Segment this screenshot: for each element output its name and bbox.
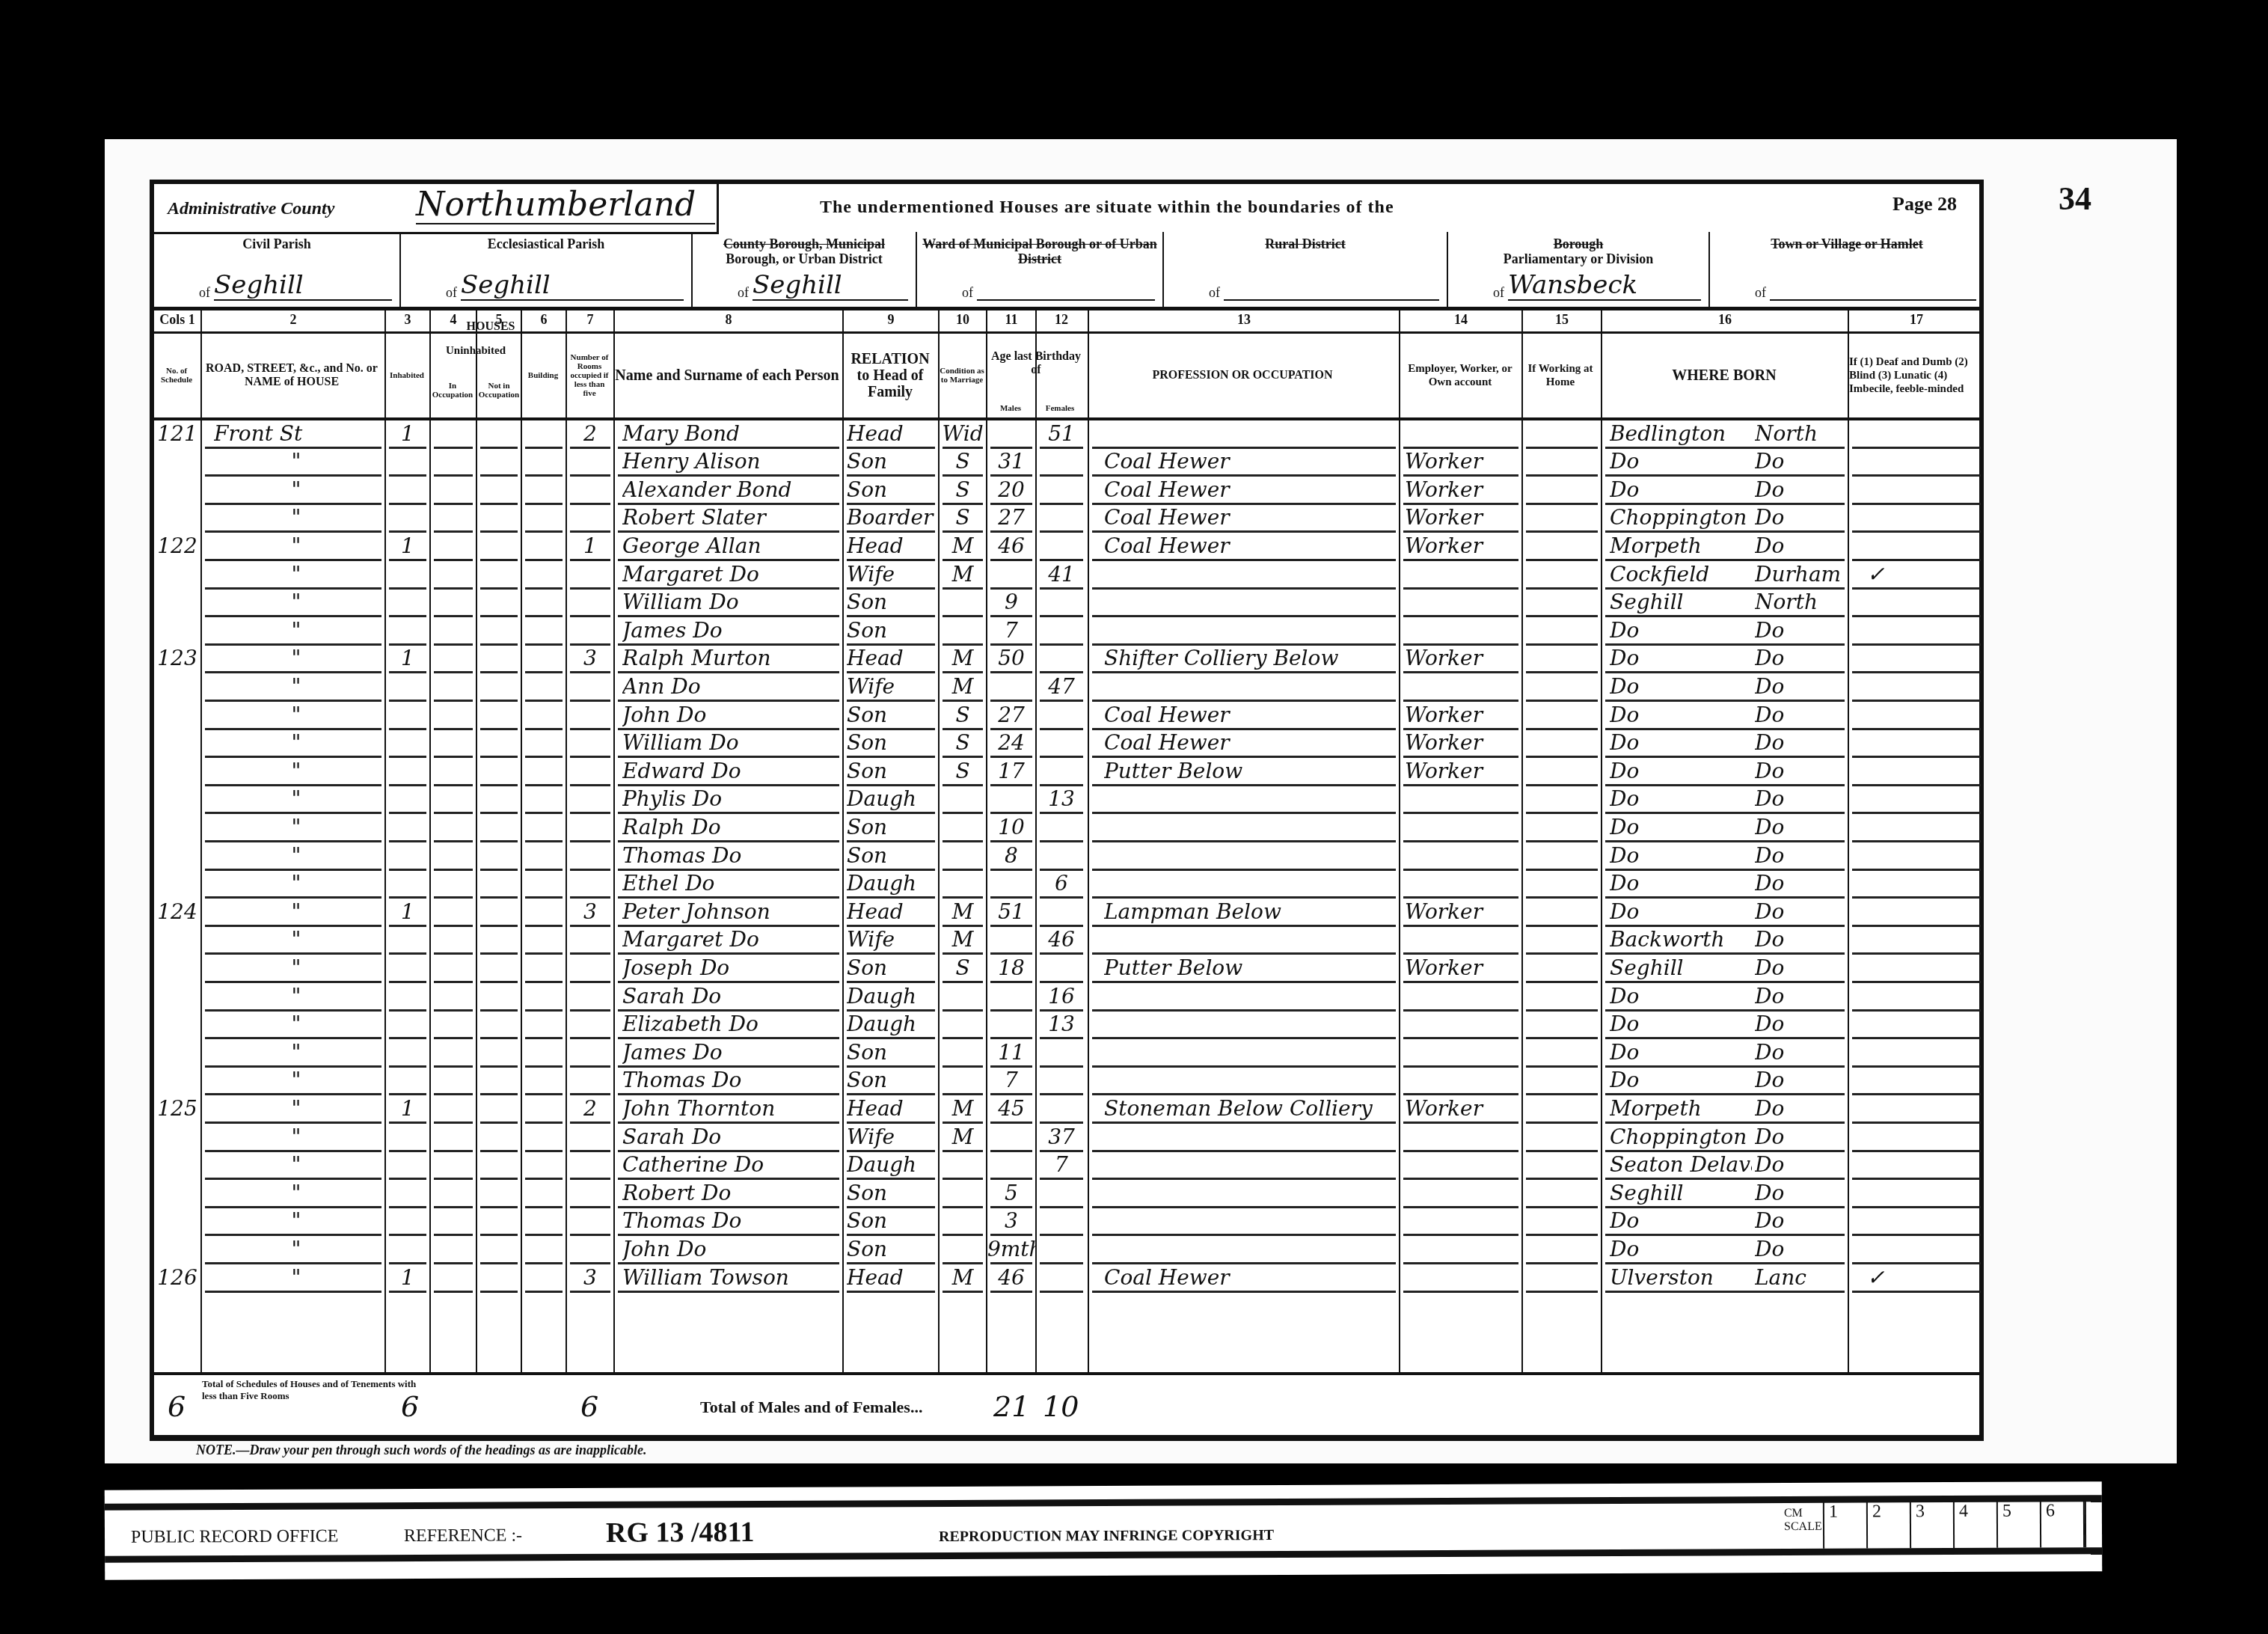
cm-scale: CM SCALE 123456	[1784, 1501, 2086, 1549]
table-row: "Thomas DoSon8DoDo	[154, 842, 1979, 871]
table-row: 125"12John ThorntonHeadM45Stoneman Below…	[154, 1095, 1979, 1124]
total-inhabited: 6	[401, 1390, 419, 1423]
column-number: 15	[1523, 312, 1601, 328]
cell-infirmity: ✓	[1867, 1266, 1957, 1290]
cell-relation: Son	[847, 1068, 937, 1092]
cell-male-age: 7	[987, 619, 1035, 643]
district-label-text: Civil Parish	[242, 236, 311, 251]
cell-male-age: 20	[987, 478, 1035, 502]
column-divider	[1035, 310, 1037, 1372]
cell-born-county: Do	[1755, 675, 1845, 699]
form-bottom-rule	[150, 1435, 1984, 1441]
column-divider	[1399, 310, 1400, 1372]
row-rule	[1040, 1291, 1083, 1293]
cell-condition: M	[941, 900, 984, 924]
cell-name: Catherine Do	[622, 1153, 839, 1177]
cell-name: William Do	[622, 590, 839, 614]
cell-name: Thomas Do	[622, 1209, 839, 1233]
cell-male-age: 17	[987, 759, 1035, 783]
cell-name: Mary Bond	[622, 422, 839, 446]
cell-born-county: Do	[1755, 534, 1845, 558]
cell-name: Phylis Do	[622, 787, 839, 811]
table-row: "William DoSonS24Coal HewerWorkerDoDo	[154, 730, 1979, 759]
cell-condition: Wid	[941, 422, 984, 446]
district-label-text: Ecclesiastical Parish	[488, 236, 604, 251]
cell-road: "	[214, 534, 378, 558]
district-label-text: Parliamentary or Division	[1504, 251, 1654, 266]
cell-relation: Son	[847, 956, 937, 980]
district-of: of	[446, 285, 457, 301]
cell-relation: Wife	[847, 1125, 937, 1149]
cell-employer: Worker	[1405, 1097, 1517, 1121]
table-row: "Thomas DoSon7DoDo	[154, 1068, 1979, 1096]
row-rule	[618, 1291, 839, 1293]
column-number: 12	[1037, 312, 1086, 328]
cell-name: Margaret Do	[622, 928, 839, 952]
cell-name: Elizabeth Do	[622, 1012, 839, 1036]
table-header: No. of Schedule ROAD, STREET, &c., and N…	[154, 334, 1979, 420]
table-row: 124"13Peter JohnsonHeadM51Lampman BelowW…	[154, 899, 1979, 927]
cell-male-age: 51	[987, 900, 1035, 924]
header-schedule: No. of Schedule	[154, 334, 199, 417]
cell-employer: Worker	[1405, 956, 1517, 980]
table-row: "Ethel DoDaugh6DoDo	[154, 871, 1979, 899]
cell-inhabited: 1	[386, 1266, 429, 1290]
page-stamp: 34	[2059, 180, 2091, 218]
cell-relation: Wife	[847, 675, 937, 699]
cell-occupation: Coal Hewer	[1104, 731, 1396, 755]
column-divider	[1601, 310, 1602, 1372]
cell-employer: Worker	[1405, 731, 1517, 755]
table-row: "Alexander BondSonS20Coal HewerWorkerDoD…	[154, 477, 1979, 505]
cell-name: Edward Do	[622, 759, 839, 783]
cell-road: "	[214, 900, 378, 924]
cm-scale-mark: 6	[2040, 1501, 2083, 1547]
cell-relation: Son	[847, 816, 937, 839]
column-divider	[1848, 310, 1849, 1372]
cell-name: George Allan	[622, 534, 839, 558]
cell-rooms: 3	[567, 646, 613, 670]
cell-born-county: Do	[1755, 703, 1845, 727]
footer-copyright: REPRODUCTION MAY INFRINGE COPYRIGHT	[939, 1527, 1274, 1546]
row-rule	[1403, 1291, 1518, 1293]
table-row: 123"13Ralph MurtonHeadM50Shifter Collier…	[154, 646, 1979, 674]
row-rule	[1092, 1291, 1396, 1293]
cell-condition: M	[941, 563, 984, 587]
cell-road: "	[214, 450, 378, 474]
cell-relation: Son	[847, 703, 937, 727]
cell-name: Robert Do	[622, 1181, 839, 1205]
cell-relation: Son	[847, 844, 937, 868]
cell-female-age: 41	[1037, 563, 1086, 587]
intro-text: The undermentioned Houses are situate wi…	[820, 198, 1394, 218]
cell-infirmity: ✓	[1867, 563, 1957, 587]
cell-occupation: Coal Hewer	[1104, 450, 1396, 474]
cell-schedule: 124	[154, 900, 200, 924]
column-number: 16	[1602, 312, 1848, 328]
cell-male-age: 31	[987, 450, 1035, 474]
header-employer: Employer, Worker, or Own account	[1400, 334, 1520, 417]
cell-name: Ralph Do	[622, 816, 839, 839]
district-struck-label: Town or Village or Hamlet	[1771, 236, 1923, 251]
column-divider	[1521, 310, 1523, 1372]
cell-name: Peter Johnson	[622, 900, 839, 924]
cell-born-county: Do	[1755, 478, 1845, 502]
cell-name: Thomas Do	[622, 1068, 839, 1092]
cm-scale-mark: 4	[1953, 1502, 1996, 1548]
district-of: of	[1755, 285, 1766, 301]
cell-road: "	[214, 675, 378, 699]
cell-female-age: 37	[1037, 1125, 1086, 1149]
cell-road: "	[214, 478, 378, 502]
cell-born-place: Do	[1610, 619, 1752, 643]
cm-scale-mark: 5	[1996, 1502, 2040, 1548]
district-4: Rural Districtof	[1164, 232, 1448, 307]
district-value: Seghill	[461, 271, 684, 301]
cell-name: Ethel Do	[622, 872, 839, 896]
cell-road: "	[214, 1237, 378, 1261]
row-rule	[1605, 1291, 1845, 1293]
row-rule	[943, 1291, 983, 1293]
cell-occupation: Stoneman Below Colliery	[1104, 1097, 1396, 1121]
census-form: Administrative County Northumberland The…	[150, 180, 1984, 1436]
header-where-born: WHERE BORN	[1602, 334, 1846, 417]
cell-condition: S	[941, 759, 984, 783]
cell-born-place: Ulverston	[1610, 1266, 1752, 1290]
cell-road: "	[214, 1153, 378, 1177]
cell-male-age: 5	[987, 1181, 1035, 1205]
cell-name: Margaret Do	[622, 563, 839, 587]
district-label: Ecclesiastical Parish	[401, 236, 691, 251]
column-number: Cols 1	[154, 312, 200, 328]
cell-occupation: Putter Below	[1104, 759, 1396, 783]
cell-road: "	[214, 985, 378, 1009]
header-working-home: If Working at Home	[1523, 334, 1598, 417]
cell-employer: Worker	[1405, 478, 1517, 502]
table-row: "Thomas DoSon3DoDo	[154, 1208, 1979, 1237]
cell-relation: Son	[847, 1181, 937, 1205]
cell-road: "	[214, 787, 378, 811]
cell-born-county: Do	[1755, 1237, 1845, 1261]
cell-schedule: 126	[154, 1266, 200, 1290]
row-rule	[389, 1291, 426, 1293]
cell-born-place: Do	[1610, 872, 1752, 896]
district-value: Seghill	[214, 271, 392, 301]
cm-scale-mark: 2	[1866, 1502, 1910, 1548]
table-row: "Margaret DoWifeM46BackworthDo	[154, 927, 1979, 955]
cell-male-age: 9	[987, 590, 1035, 614]
cell-road: "	[214, 506, 378, 530]
district-3: Ward of Municipal Borough or of Urban Di…	[917, 232, 1164, 307]
column-divider	[476, 310, 477, 1372]
column-divider	[613, 310, 615, 1372]
cell-born-county: Do	[1755, 1125, 1845, 1149]
cell-born-place: Do	[1610, 450, 1752, 474]
cell-road: "	[214, 703, 378, 727]
table-row: "Robert SlaterBoarderS27Coal HewerWorker…	[154, 505, 1979, 533]
cm-scale-mark: 1	[1823, 1502, 1866, 1549]
row-rule	[1526, 1291, 1598, 1293]
cell-born-place: Do	[1610, 1237, 1752, 1261]
district-value	[1770, 299, 1976, 301]
cell-male-age: 45	[987, 1097, 1035, 1121]
admin-county-label: Administrative County	[168, 199, 334, 219]
cell-inhabited: 1	[386, 1097, 429, 1121]
row-rule	[1852, 1291, 1981, 1293]
column-number: 11	[987, 312, 1035, 328]
cell-born-place: Choppington	[1610, 506, 1752, 530]
cell-born-county: Do	[1755, 872, 1845, 896]
header-males: Males	[987, 401, 1034, 416]
cell-relation: Son	[847, 590, 937, 614]
cell-born-county: Do	[1755, 759, 1845, 783]
column-divider	[384, 310, 386, 1372]
cell-employer: Worker	[1405, 703, 1517, 727]
district-of: of	[1493, 285, 1504, 301]
total-males: 21	[993, 1390, 1029, 1423]
cell-relation: Son	[847, 759, 937, 783]
district-label: Civil Parish	[154, 236, 399, 251]
cell-relation: Son	[847, 1041, 937, 1065]
table-row: "Ann DoWifeM47DoDo	[154, 673, 1979, 702]
table-row: "Elizabeth DoDaugh13DoDo	[154, 1012, 1979, 1040]
cell-born-county: Do	[1755, 985, 1845, 1009]
cell-relation: Head	[847, 646, 937, 670]
cell-born-county: Lanc	[1755, 1266, 1845, 1290]
cell-condition: M	[941, 1125, 984, 1149]
cell-condition: M	[941, 928, 984, 952]
total-schedules: 6	[168, 1390, 186, 1423]
cell-name: Sarah Do	[622, 1125, 839, 1149]
cell-road: "	[214, 1041, 378, 1065]
cell-born-county: North	[1755, 422, 1845, 446]
cell-name: Henry Alison	[622, 450, 839, 474]
district-of: of	[1209, 285, 1220, 301]
table-row: "Henry AlisonSonS31Coal HewerWorkerDoDo	[154, 449, 1979, 477]
district-value	[977, 299, 1155, 301]
column-divider	[1088, 310, 1089, 1372]
cell-male-age: 27	[987, 703, 1035, 727]
cell-road: "	[214, 619, 378, 643]
cell-relation: Son	[847, 450, 937, 474]
cell-relation: Son	[847, 1237, 937, 1261]
district-0: Civil ParishofSeghill	[154, 232, 401, 307]
cell-condition: S	[941, 956, 984, 980]
cell-road: "	[214, 956, 378, 980]
district-struck-label: Borough	[1554, 236, 1604, 251]
column-number: 9	[844, 312, 938, 328]
table-row: 122"11George AllanHeadM46Coal HewerWorke…	[154, 533, 1979, 561]
cell-born-place: Choppington	[1610, 1125, 1752, 1149]
district-struck-label: Ward of Municipal Borough or of Urban Di…	[922, 236, 1156, 266]
cell-occupation: Putter Below	[1104, 956, 1396, 980]
cell-born-place: Bedlington	[1610, 422, 1752, 446]
cell-born-place: Do	[1610, 844, 1752, 868]
district-label: Rural District	[1164, 236, 1447, 251]
cell-road: "	[214, 731, 378, 755]
cell-road: "	[214, 1209, 378, 1233]
header-building: Building	[522, 334, 564, 417]
column-divider	[938, 310, 940, 1372]
cell-born-place: Do	[1610, 1012, 1752, 1036]
district-struck-label: County Borough, Municipal	[723, 236, 885, 251]
district-2: County Borough, MunicipalBorough, or Urb…	[693, 232, 917, 307]
table-row: "Phylis DoDaugh13DoDo	[154, 786, 1979, 815]
footer-rule-bottom	[105, 1547, 2102, 1563]
cell-male-age: 7	[987, 1068, 1035, 1092]
row-rule	[990, 1291, 1032, 1293]
cell-condition: M	[941, 1266, 984, 1290]
total-females: 10	[1043, 1390, 1079, 1423]
column-number: 14	[1400, 312, 1521, 328]
column-divider	[521, 310, 522, 1372]
cell-relation: Head	[847, 900, 937, 924]
table-row: "James DoSon7DoDo	[154, 617, 1979, 646]
header-females: Females	[1037, 401, 1083, 416]
district-of: of	[962, 285, 973, 301]
district-label: County Borough, MunicipalBorough, or Urb…	[693, 236, 916, 266]
cell-born-place: Morpeth	[1610, 1097, 1752, 1121]
cell-rooms: 3	[567, 1266, 613, 1290]
cell-rooms: 3	[567, 900, 613, 924]
column-number: 13	[1089, 312, 1399, 328]
table-row: "William DoSon9SeghillNorth	[154, 590, 1979, 618]
cell-born-county: Do	[1755, 1181, 1845, 1205]
cell-relation: Daugh	[847, 1153, 937, 1177]
header-name: Name and Surname of each Person	[615, 334, 839, 417]
cell-male-age: 27	[987, 506, 1035, 530]
district-of: of	[199, 285, 210, 301]
cell-occupation: Coal Hewer	[1104, 534, 1396, 558]
district-5: BoroughParliamentary or DivisionofWansbe…	[1448, 232, 1710, 307]
cell-rooms: 2	[567, 1097, 613, 1121]
form-note: NOTE.—Draw your pen through such words o…	[196, 1442, 647, 1458]
table-row: "Joseph DoSonS18Putter BelowWorkerSeghil…	[154, 955, 1979, 983]
cell-employer: Worker	[1405, 646, 1517, 670]
cell-female-age: 46	[1037, 928, 1086, 952]
header-inhabited: Inhabited	[386, 334, 428, 417]
row-rule	[525, 1291, 563, 1293]
cell-relation: Head	[847, 422, 937, 446]
column-number: 17	[1849, 312, 1984, 328]
column-divider	[429, 310, 431, 1372]
district-label: Town or Village or Hamlet	[1710, 236, 1984, 251]
cell-born-county: Do	[1755, 1041, 1845, 1065]
cell-relation: Daugh	[847, 872, 937, 896]
column-divider	[200, 310, 202, 1372]
cell-name: Thomas Do	[622, 844, 839, 868]
cell-born-county: North	[1755, 590, 1845, 614]
row-rule	[205, 1291, 381, 1293]
cell-road: "	[214, 816, 378, 839]
cell-male-age: 24	[987, 731, 1035, 755]
cell-relation: Boarder	[847, 506, 937, 530]
cell-condition: S	[941, 478, 984, 502]
cell-born-place: Do	[1610, 703, 1752, 727]
table-row: "Sarah DoWifeM37ChoppingtonDo	[154, 1124, 1979, 1152]
cell-condition: M	[941, 675, 984, 699]
cell-born-county: Do	[1755, 1068, 1845, 1092]
cell-condition: M	[941, 534, 984, 558]
table-row: 126"13William TowsonHeadM46Coal HewerUlv…	[154, 1264, 1979, 1293]
cell-name: John Do	[622, 1237, 839, 1261]
cell-employer: Worker	[1405, 450, 1517, 474]
cell-inhabited: 1	[386, 422, 429, 446]
cell-male-age: 50	[987, 646, 1035, 670]
cell-female-age: 6	[1037, 872, 1086, 896]
cell-name: Robert Slater	[622, 506, 839, 530]
cell-born-place: Do	[1610, 759, 1752, 783]
cell-born-county: Do	[1755, 450, 1845, 474]
cell-born-place: Do	[1610, 731, 1752, 755]
cell-male-age: 46	[987, 534, 1035, 558]
district-label: Ward of Municipal Borough or of Urban Di…	[917, 236, 1162, 266]
cell-male-age: 18	[987, 956, 1035, 980]
cell-name: John Thornton	[622, 1097, 839, 1121]
cell-born-county: Do	[1755, 506, 1845, 530]
district-6: Town or Village or Hamletof	[1710, 232, 1984, 307]
table-row: "Margaret DoWifeM41CockfieldDurham✓	[154, 561, 1979, 590]
archive-footer: PUBLIC RECORD OFFICE REFERENCE :- RG 13 …	[105, 1481, 2102, 1580]
table-row: "Robert DoSon5SeghillDo	[154, 1180, 1979, 1208]
header-rooms: Number of Rooms occupied if less than fi…	[567, 334, 612, 417]
cell-born-place: Seghill	[1610, 590, 1752, 614]
table-row: "John DoSonS27Coal HewerWorkerDoDo	[154, 702, 1979, 730]
cell-occupation: Coal Hewer	[1104, 478, 1396, 502]
district-value: Wansbeck	[1508, 271, 1701, 301]
cell-employer: Worker	[1405, 759, 1517, 783]
cell-road: "	[214, 872, 378, 896]
cell-occupation: Coal Hewer	[1104, 703, 1396, 727]
cell-schedule: 123	[154, 646, 200, 670]
cell-born-place: Cockfield	[1610, 563, 1752, 587]
cell-schedule: 121	[154, 422, 200, 446]
cell-male-age: 3	[987, 1209, 1035, 1233]
cell-name: James Do	[622, 619, 839, 643]
district-of: of	[738, 285, 749, 301]
row-rule	[847, 1291, 935, 1293]
column-number: 8	[615, 312, 842, 328]
cell-relation: Daugh	[847, 1012, 937, 1036]
cell-occupation: Lampman Below	[1104, 900, 1396, 924]
cell-condition: S	[941, 731, 984, 755]
cell-female-age: 7	[1037, 1153, 1086, 1177]
page-label: Page	[1892, 193, 1932, 215]
cell-born-place: Do	[1610, 900, 1752, 924]
total-schedules-label: Total of Schedules of Houses and of Tene…	[202, 1378, 419, 1402]
cell-name: John Do	[622, 703, 839, 727]
cell-name: Joseph Do	[622, 956, 839, 980]
cell-relation: Head	[847, 1266, 937, 1290]
cell-born-county: Do	[1755, 787, 1845, 811]
cell-male-age: 9mths	[987, 1237, 1035, 1261]
cell-road: "	[214, 590, 378, 614]
cell-name: Alexander Bond	[622, 478, 839, 502]
cell-born-place: Do	[1610, 816, 1752, 839]
cell-relation: Wife	[847, 928, 937, 952]
cell-born-place: Do	[1610, 787, 1752, 811]
cell-born-place: Do	[1610, 646, 1752, 670]
cell-born-county: Do	[1755, 619, 1845, 643]
cell-occupation: Shifter Colliery Below	[1104, 646, 1396, 670]
cell-schedule: 125	[154, 1097, 200, 1121]
cell-born-county: Do	[1755, 928, 1845, 952]
cell-road: "	[214, 1266, 378, 1290]
page-number-value: 28	[1937, 193, 1957, 215]
cell-born-county: Do	[1755, 956, 1845, 980]
table-row: "Edward DoSonS17Putter BelowWorkerDoDo	[154, 758, 1979, 786]
cell-male-age: 11	[987, 1041, 1035, 1065]
